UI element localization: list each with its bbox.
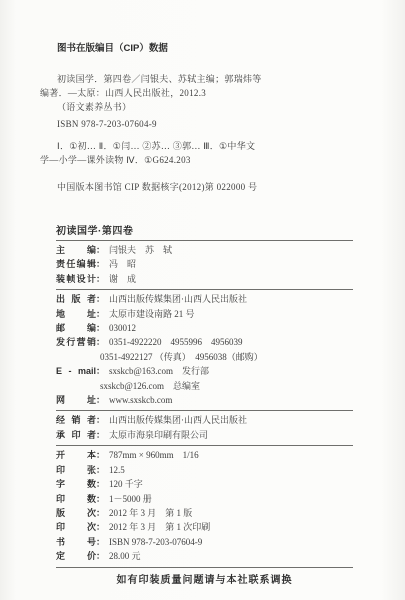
- field-colon: ：: [96, 430, 109, 440]
- field-colon: ：: [96, 465, 109, 475]
- field-label: E - mail: [56, 364, 96, 378]
- field-value: 2012 年 3 月 第 1 版: [109, 508, 192, 518]
- field-value: 12.5: [109, 465, 125, 475]
- divider: [56, 445, 353, 446]
- colophon-row-impression: 印次：2012 年 3 月 第 1 次印刷: [56, 520, 353, 534]
- field-label: 主编: [56, 243, 96, 257]
- colophon-row-sales-phone: 发行营销：0351-4922220 4955996 4956039: [56, 335, 353, 349]
- field-colon: ：: [96, 415, 109, 425]
- field-label: 字数: [56, 477, 96, 491]
- field-colon: ：: [96, 551, 109, 561]
- field-colon: ：: [96, 508, 109, 518]
- field-label: 承印者: [56, 428, 96, 442]
- colophon-row-distributor: 经销者：山西出版传媒集团·山西人民出版社: [56, 413, 353, 427]
- cip-block: 图书在版编目（CIP）数据 初读国学．第四卷／闫银夫、苏轼主编；郭瑞炜等 编著．…: [40, 42, 353, 194]
- colophon-row-design: 装帧设计：谢 成: [56, 272, 353, 286]
- colophon-row-edition: 版次：2012 年 3 月 第 1 版: [56, 506, 353, 520]
- field-label: 责任编辑: [56, 257, 96, 271]
- field-label: 经销者: [56, 413, 96, 427]
- field-value: 冯 昭: [109, 259, 136, 269]
- colophon-row-email: E - mail：sxskcb@163.com 发行部: [56, 364, 353, 378]
- field-value: 太原市建设南路 21 号: [109, 309, 195, 319]
- cip-record-number: 中国版本图书馆 CIP 数据核字(2012)第 022000 号: [40, 180, 353, 194]
- field-value: 120 千字: [109, 479, 143, 489]
- field-value: 谢 成: [109, 274, 136, 284]
- colophon-row-publisher: 出版者：山西出版传媒集团·山西人民出版社: [56, 292, 353, 306]
- cip-line: （语文素养丛书）: [40, 100, 353, 114]
- copyright-page: 图书在版编目（CIP）数据 初读国学．第四卷／闫银夫、苏轼主编；郭瑞炜等 编著．…: [0, 0, 405, 600]
- divider: [56, 567, 353, 568]
- field-value: 闫银夫 苏 轼: [109, 245, 172, 255]
- field-value: 0351-4922127 （传真） 4956038（邮购）: [100, 352, 263, 362]
- field-value: 2012 年 3 月 第 1 次印刷: [109, 522, 210, 532]
- field-value: 1－5000 册: [109, 494, 152, 504]
- field-colon: ：: [96, 337, 109, 347]
- field-value: 28.00 元: [109, 551, 141, 561]
- field-label: 书号: [56, 535, 96, 549]
- colophon-row-wordcount: 字数：120 千字: [56, 477, 353, 491]
- colophon-row-sales-phone2: 0351-4922127 （传真） 4956038（邮购）: [56, 350, 353, 364]
- field-value: sxskcb@163.com 发行部: [109, 366, 209, 376]
- divider: [56, 240, 353, 241]
- field-value: www.sxskcb.com: [109, 395, 172, 405]
- field-colon: ：: [96, 259, 109, 269]
- field-label: 发行营销: [56, 335, 96, 349]
- field-colon: ：: [96, 366, 109, 376]
- field-label: 邮编: [56, 321, 96, 335]
- field-label: 印张: [56, 463, 96, 477]
- field-label: 出版者: [56, 292, 96, 306]
- field-value: sxskcb@126.com 总编室: [100, 381, 200, 391]
- quality-notice: 如有印装质量问题请与本社联系调换: [56, 571, 353, 586]
- colophon-row-price: 定价：28.00 元: [56, 549, 353, 563]
- divider: [56, 289, 353, 290]
- colophon-row-email2: sxskcb@126.com 总编室: [56, 379, 353, 393]
- field-label: 地址: [56, 307, 96, 321]
- field-colon: ：: [96, 479, 109, 489]
- field-colon: ：: [96, 294, 109, 304]
- field-value: 787mm × 960mm 1/16: [109, 450, 199, 460]
- book-title: 初读国学·第四卷: [56, 222, 353, 237]
- colophon-row-postcode: 邮编：030012: [56, 321, 353, 335]
- field-value: 0351-4922220 4955996 4956039: [109, 337, 243, 347]
- colophon-row-chief-editor: 主编：闫银夫 苏 轼: [56, 243, 353, 257]
- cip-header: 图书在版编目（CIP）数据: [57, 42, 353, 56]
- field-colon: ：: [96, 450, 109, 460]
- colophon-row-sheets: 印张：12.5: [56, 463, 353, 477]
- field-value: 山西出版传媒集团·山西人民出版社: [109, 415, 247, 425]
- divider: [56, 410, 353, 411]
- colophon-row-website: 网址：www.sxskcb.com: [56, 393, 353, 407]
- field-label: 印次: [56, 520, 96, 534]
- cip-line: 初读国学．第四卷／闫银夫、苏轼主编；郭瑞炜等: [40, 72, 353, 86]
- field-value: ISBN 978-7-203-07604-9: [109, 537, 202, 547]
- field-colon: ：: [96, 522, 109, 532]
- field-colon: ：: [96, 309, 109, 319]
- field-label: 版次: [56, 506, 96, 520]
- field-colon: ：: [96, 395, 109, 405]
- field-colon: ：: [96, 274, 109, 284]
- colophon-row-responsible-editor: 责任编辑：冯 昭: [56, 257, 353, 271]
- cip-classification: 学—小学—课外读物 Ⅳ．①G624.203: [40, 153, 353, 167]
- field-colon: ：: [96, 323, 109, 333]
- field-label: 装帧设计: [56, 272, 96, 286]
- colophon: 初读国学·第四卷 主编：闫银夫 苏 轼 责任编辑：冯 昭 装帧设计：谢 成 出版…: [56, 222, 353, 586]
- cip-isbn: ISBN 978-7-203-07604-9: [40, 117, 353, 131]
- field-colon: ：: [96, 537, 109, 547]
- field-label: 印数: [56, 492, 96, 506]
- colophon-row-isbn: 书号：ISBN 978-7-203-07604-9: [56, 535, 353, 549]
- field-value: 太原市海泉印刷有限公司: [109, 430, 208, 440]
- field-label: 定价: [56, 549, 96, 563]
- field-label: 网址: [56, 393, 96, 407]
- field-label: 开本: [56, 448, 96, 462]
- colophon-row-address: 地址：太原市建设南路 21 号: [56, 307, 353, 321]
- field-value: 山西出版传媒集团·山西人民出版社: [109, 294, 247, 304]
- field-colon: ：: [96, 245, 109, 255]
- cip-classification: Ⅰ．①初… Ⅱ．①闫… ②苏… ③郭… Ⅲ．①中华文: [40, 139, 353, 153]
- cip-line: 编著．—太原：山西人民出版社，2012.3: [40, 86, 353, 100]
- colophon-row-printer: 承印者：太原市海泉印刷有限公司: [56, 428, 353, 442]
- field-value: 030012: [109, 323, 136, 333]
- field-colon: ：: [96, 494, 109, 504]
- colophon-row-printrun: 印数：1－5000 册: [56, 492, 353, 506]
- colophon-row-format: 开本：787mm × 960mm 1/16: [56, 448, 353, 462]
